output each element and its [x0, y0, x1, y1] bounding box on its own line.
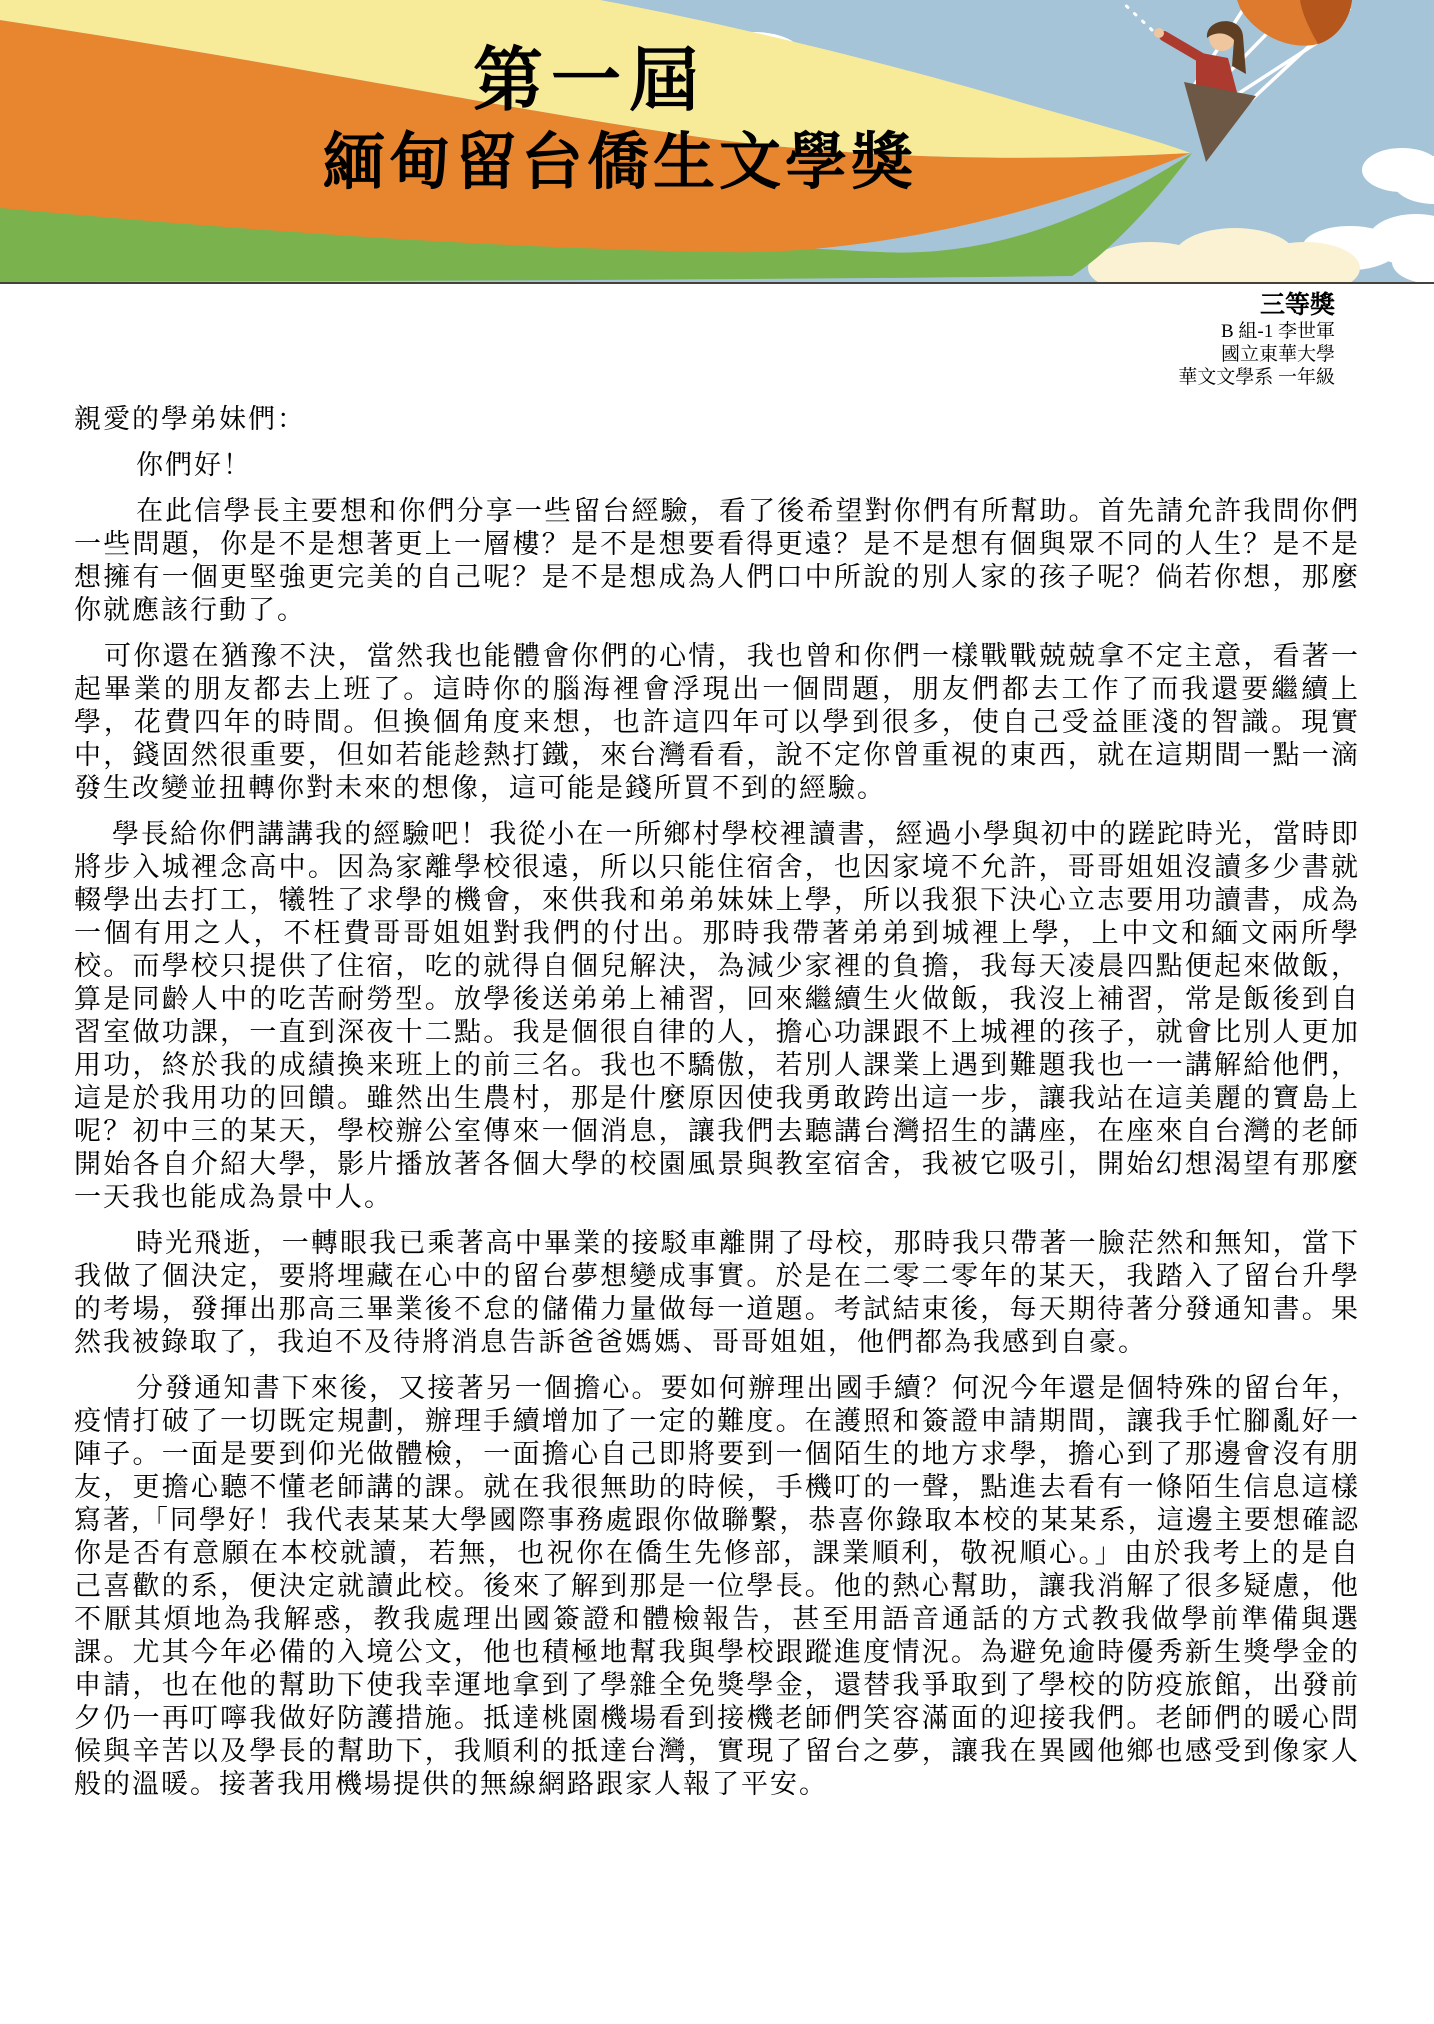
author-department-year: 華文文學系 一年級	[0, 366, 1335, 389]
paragraph: 時光飛逝，一轉眼我已乘著高中畢業的接駁車離開了母校，那時我只帶著一臉茫然和無知，…	[74, 1227, 1360, 1359]
author-university: 國立東華大學	[0, 343, 1335, 366]
contest-name-title: 緬甸留台僑生文學獎	[0, 112, 1240, 201]
paragraph: 你們好！	[74, 449, 1360, 482]
paragraph: 可你還在猶豫不決，當然我也能體會你們的心情，我也曾和你們一樣戰戰兢兢拿不定主意，…	[74, 640, 1360, 805]
letter-body: 親愛的學弟妹們： 你們好！在此信學長主要想和你們分享一些留台經驗，看了後希望對你…	[74, 403, 1360, 1801]
letter-paragraphs: 你們好！在此信學長主要想和你們分享一些留台經驗，看了後希望對你們有所幫助。首先請…	[74, 449, 1360, 1801]
entry-group-author: B 組-1 李世軍	[0, 320, 1335, 343]
banner: 第一屆 緬甸留台僑生文學獎	[0, 0, 1434, 284]
document-page: 第一屆 緬甸留台僑生文學獎 三等獎 B 組-1 李世軍 國立東華大學 華文文學系…	[0, 0, 1434, 1801]
paragraph: 在此信學長主要想和你們分享一些留台經驗，看了後希望對你們有所幫助。首先請允許我問…	[74, 495, 1360, 627]
paragraph: 分發通知書下來後，又接著另一個擔心。要如何辦理出國手續？何況今年還是個特殊的留台…	[74, 1372, 1360, 1801]
paragraph: 學長給你們講講我的經驗吧！我從小在一所鄉村學校裡讀書，經過小學與初中的蹉跎時光，…	[74, 818, 1360, 1214]
award-info: 三等獎 B 組-1 李世軍 國立東華大學 華文文學系 一年級	[0, 292, 1434, 389]
salutation: 親愛的學弟妹們：	[74, 403, 1360, 436]
contest-edition-title: 第一屆	[0, 24, 1180, 125]
prize-rank: 三等獎	[0, 292, 1335, 320]
